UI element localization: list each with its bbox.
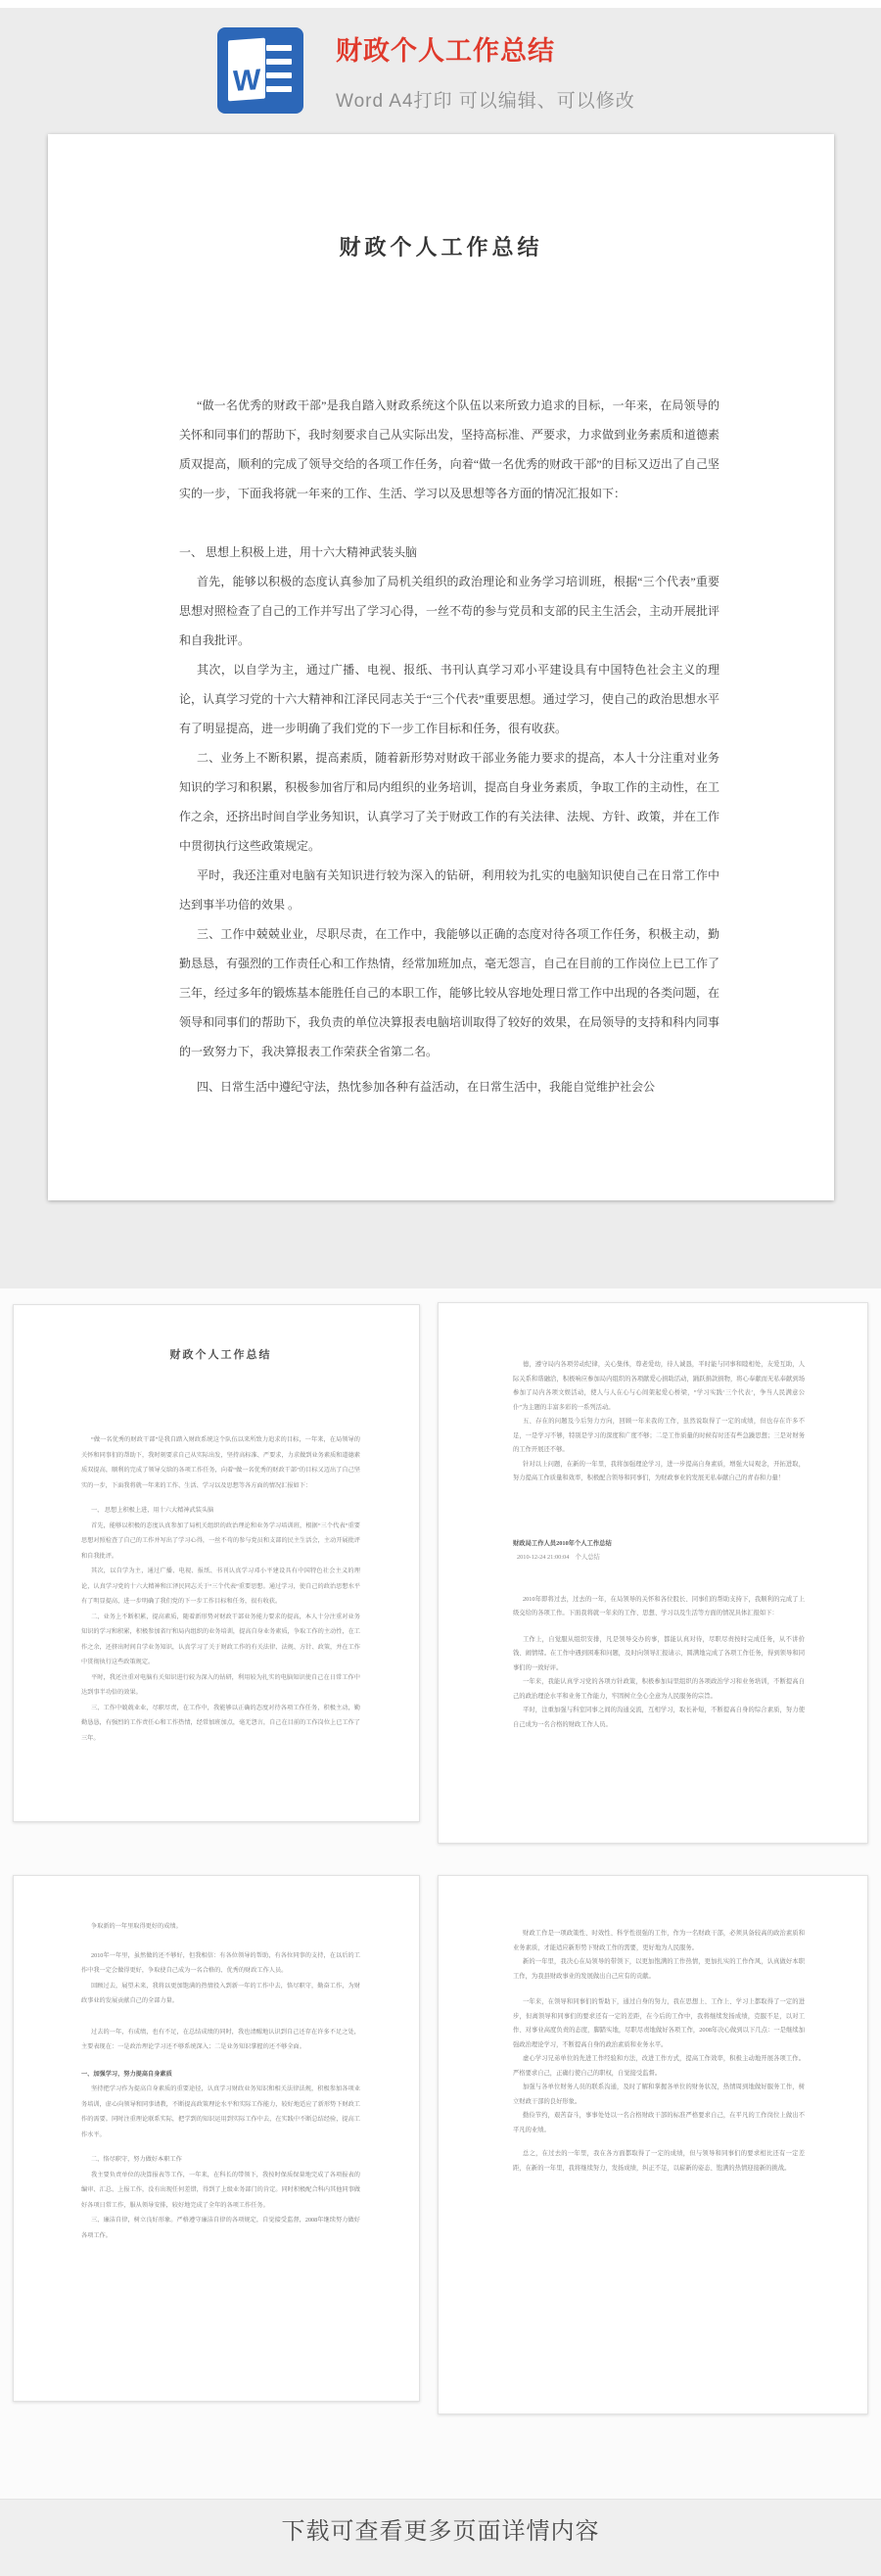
document-title-header: 财政个人工作总结: [336, 29, 555, 68]
page-3-thumbnail-t-para: 坚持把学习作为提高自身素质的重要途径，认真学习财政业务知识和相关法律法规，积极参…: [81, 2082, 360, 2142]
page-1-thumbnail-t-para: 首先，能够以积极的态度认真参加了局机关组织的政治理论和业务学习培训班，根据“三个…: [81, 1519, 360, 1565]
page-1-thumbnail-t-para: 三、工作中兢兢业业，尽职尽责，在工作中，我能够以正确的态度对待各项工作任务，积极…: [81, 1701, 360, 1747]
word-icon-line: [266, 45, 292, 51]
page-3-thumbnail[interactable]: 争取新的一年里取得更好的成绩。2010年一年里，虽然做的还不够好，但我相信：有各…: [13, 1875, 420, 2402]
page-4-thumbnail-t-para: 新的一年里，我决心在局领导的带领下，以更加饱满的工作热情，更加扎实的工作作风，认…: [513, 1955, 805, 1984]
page-3-thumbnail-t-para: 2010年一年里，虽然做的还不够好，但我相信：有各位领导的帮助，有各位同事的支持…: [81, 1948, 360, 1979]
download-hint-text: 下载可查看更多页面详情内容: [0, 2511, 881, 2546]
word-icon: W: [217, 27, 303, 114]
document-header: W 财政个人工作总结 Word A4打印 可以编辑、可以修改: [0, 8, 881, 135]
page-4-thumbnail-t-para: 财政工作是一项政策性、时效性、科学性很强的工作，作为一名财政干部，必须具备较高的…: [513, 1927, 805, 1955]
page-2-thumbnail-t-para: 工作上，自觉服从组织安排，凡是领导交办的事，都能认真对待，尽职尽责按时完成任务，…: [513, 1633, 805, 1676]
page-3-thumbnail-t-para: 过去的一年，有成绩，也有不足，在总结成绩的同时，我也清醒地认识到自己还存在许多不…: [81, 2025, 360, 2055]
page-1-thumbnail-t-para: 其次，以自学为主，通过广播、电视、报纸、书刊认真学习邓小平建设具有中国特色社会主…: [81, 1564, 360, 1610]
top-white-strip: [0, 0, 881, 8]
word-icon-line: [266, 72, 292, 78]
page-2-thumbnail-t-para: 德，遵守局内各项劳动纪律，关心集体，尊老爱幼，待人诚恳，平时能与同事和睦相处，友…: [513, 1358, 805, 1415]
page-3-thumbnail-t-para: 三、廉洁自律，树立良好形象。严格遵守廉洁自律的各项规定，自觉接受监督，2008年…: [81, 2213, 360, 2243]
doc-para: 二、业务上不断积累，提高素质，随着新形势对财政干部业务能力要求的提高，本人十分注…: [179, 743, 719, 861]
document-page-1: 财政个人工作总结 “做一名优秀的财政干部”是我自踏入财政系统这个队伍以来所致力追…: [48, 134, 834, 1200]
page-2-thumbnail[interactable]: 德，遵守局内各项劳动纪律，关心集体，尊老爱幼，待人诚恳，平时能与同事和睦相处，友…: [438, 1302, 868, 1844]
page-2-thumbnail-content: 德，遵守局内各项劳动纪律，关心集体，尊老爱幼，待人诚恳，平时能与同事和睦相处，友…: [439, 1358, 867, 1732]
page-1-thumbnail-t-title: 财政个人工作总结: [81, 1348, 360, 1362]
page-2-thumbnail-t-para: 针对以上问题，在新的一年里，我将加强理论学习，进一步提高自身素质，增强大局观念，…: [513, 1458, 805, 1486]
page-2-thumbnail-t-para: 2010年即将过去，过去的一年，在局领导的关怀和各位股长、同事们的帮助支持下，我…: [513, 1593, 805, 1621]
doc-heading: 一、 思想上积极上进，用十六大精神武装头脑: [179, 538, 719, 567]
page-4-thumbnail-t-para: 虚心学习兄弟单位的先进工作经验和方法，改进工作方式，提高工作效率，积极主动地开展…: [513, 2052, 805, 2081]
page-2-thumbnail-t-para: 一年来，我能认真学习党的各项方针政策，积极参加局里组织的各项政治学习和业务培训，…: [513, 1675, 805, 1704]
page-2-thumbnail-t-para: 平时，注重加强与科室同事之间的沟通交流，互相学习，取长补短，不断提高自身的综合素…: [513, 1704, 805, 1732]
word-icon-letter: W: [233, 66, 260, 101]
page-2-thumbnail-t-h: 财政局工作人员2010年个人工作总结: [513, 1537, 805, 1552]
doc-para-last: 四、日常生活中遵纪守法，热忱参加各种有益活动，在日常生活中，我能自觉维护社会公: [179, 1072, 719, 1101]
document-format-subtitle: Word A4打印 可以编辑、可以修改: [336, 86, 635, 113]
doc-para: “做一名优秀的财政干部”是我自踏入财政系统这个队伍以来所致力追求的目标，一年来，…: [179, 391, 719, 508]
page-1-thumbnail-t-para: 二、业务上不断积累，提高素质，随着新形势对财政干部业务能力要求的提高，本人十分注…: [81, 1610, 360, 1670]
page-3-thumbnail-content: 争取新的一年里取得更好的成绩。2010年一年里，虽然做的还不够好，但我相信：有各…: [14, 1919, 419, 2243]
thumbnails-section: 财政个人工作总结“做一名优秀的财政干部”是我自踏入财政系统这个队伍以来所致力追求…: [0, 1288, 881, 2499]
word-icon-line: [266, 59, 292, 65]
page-4-thumbnail[interactable]: 财政工作是一项政策性、时效性、科学性很强的工作，作为一名财政干部，必须具备较高的…: [438, 1875, 868, 2414]
page-title: 财政个人工作总结: [48, 231, 834, 261]
page-3-thumbnail-t-h: 一、加强学习，努力提高自身素质: [81, 2067, 360, 2083]
page-2-thumbnail-t-date: 2010-12-24 21:00:04 个人总结: [513, 1551, 805, 1566]
page-1-thumbnail-t-para: “做一名优秀的财政干部”是我自踏入财政系统这个队伍以来所致力追求的目标，一年来，…: [81, 1432, 360, 1493]
preview-background: W 财政个人工作总结 Word A4打印 可以编辑、可以修改 财政个人工作总结 …: [0, 8, 881, 1288]
doc-para: 平时，我还注重对电脑有关知识进行较为深入的钻研，利用较为扎实的电脑知识使自己在日…: [179, 861, 719, 919]
page-4-thumbnail-content: 财政工作是一项政策性、时效性、科学性很强的工作，作为一名财政干部，必须具备较高的…: [439, 1927, 867, 2176]
page-body-text: “做一名优秀的财政干部”是我自踏入财政系统这个队伍以来所致力追求的目标，一年来，…: [179, 391, 719, 1101]
page-3-thumbnail-t-para: 争取新的一年里取得更好的成绩。: [81, 1919, 360, 1935]
page-3-thumbnail-t-para: 回顾过去，展望未来，我将以更加饱满的热情投入到新一年的工作中去，恪尽职守，勤奋工…: [81, 1979, 360, 2009]
page-3-thumbnail-t-para: 二、恪尽职守，努力做好本职工作: [81, 2152, 360, 2168]
download-hint-bar: 下载可查看更多页面详情内容: [0, 2499, 881, 2576]
page-1-thumbnail-t-para: 一、 思想上积极上进，用十六大精神武装头脑: [81, 1503, 360, 1519]
word-icon-page: W: [228, 38, 265, 102]
page-4-thumbnail-t-para: 勤俭节约，艰苦奋斗，事事处处以一名合格财政干部的标准严格要求自己，在平凡的工作岗…: [513, 2109, 805, 2137]
page-4-thumbnail-t-para: 加强与各单位财务人员的联系沟通，及时了解和掌握各单位的财务状况，热情周到地做好服…: [513, 2081, 805, 2109]
page-1-thumbnail-content: 财政个人工作总结“做一名优秀的财政干部”是我自踏入财政系统这个队伍以来所致力追求…: [14, 1348, 419, 1746]
doc-para: 首先，能够以积极的态度认真参加了局机关组织的政治理论和业务学习培训班，根据“三个…: [179, 567, 719, 655]
page-1-thumbnail-t-para: 平时，我还注重对电脑有关知识进行较为深入的钻研，利用较为扎实的电脑知识使自己在日…: [81, 1670, 360, 1701]
doc-para: 其次，以自学为主，通过广播、电视、报纸、书刊认真学习邓小平建设具有中国特色社会主…: [179, 655, 719, 743]
page-4-thumbnail-t-para: 总之，在过去的一年里，我在各方面都取得了一定的成绩，但与领导和同事们的要求相比还…: [513, 2147, 805, 2176]
page-3-thumbnail-t-para: 我主要负责单位的决算报表等工作，一年来，在科长的带领下，我按时保质保量地完成了各…: [81, 2168, 360, 2214]
doc-para: 三、工作中兢兢业业，尽职尽责，在工作中，我能够以正确的态度对待各项工作任务，积极…: [179, 919, 719, 1066]
word-icon-line: [266, 86, 292, 92]
page-1-thumbnail[interactable]: 财政个人工作总结“做一名优秀的财政干部”是我自踏入财政系统这个队伍以来所致力追求…: [13, 1304, 420, 1822]
page-2-thumbnail-t-para: 五、存在的问题及今后努力方向，回顾一年来我的工作，虽然说取得了一定的成绩，但也存…: [513, 1415, 805, 1458]
page-4-thumbnail-t-para: 一年来，在领导和同事们的帮助下，通过自身的努力，我在思想上、工作上、学习上都取得…: [513, 1995, 805, 2052]
